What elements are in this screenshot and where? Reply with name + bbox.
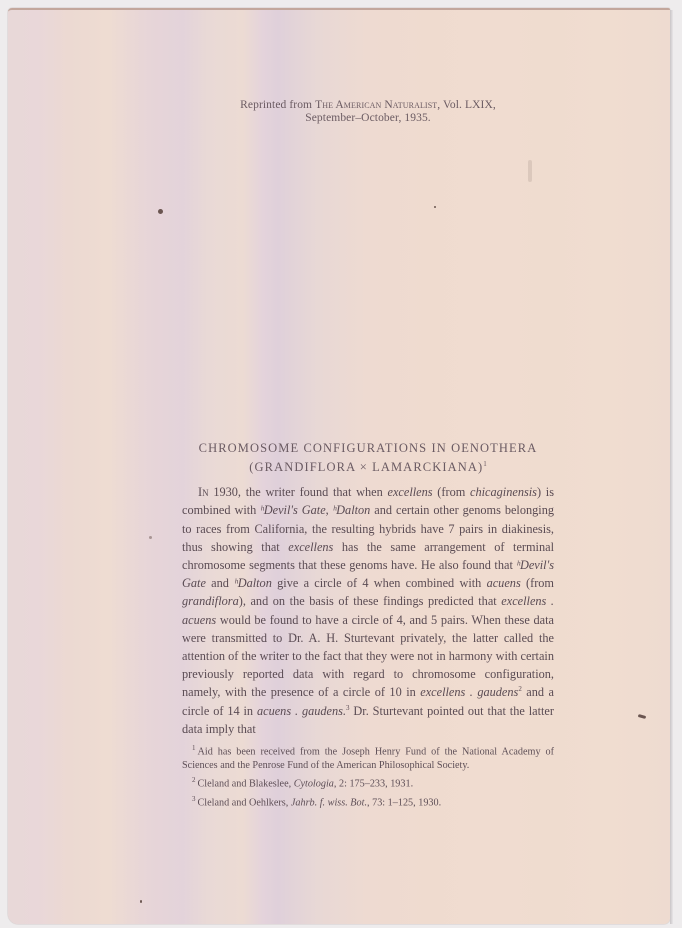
footnote-3: 3Cleland and Oehlkers, Jahrb. f. wiss. B… xyxy=(182,792,554,810)
footnote-1: 1Aid has been received from the Joseph H… xyxy=(182,741,554,773)
scanned-page-background: Reprinted from The American Naturalist, … xyxy=(0,0,682,928)
article: CHROMOSOME CONFIGURATIONS IN OENOTHERA (… xyxy=(182,440,554,810)
journal-name: The American Naturalist xyxy=(315,99,437,111)
paper-speck xyxy=(140,900,142,903)
paper-sheet: Reprinted from The American Naturalist, … xyxy=(8,8,670,924)
body-paragraph: In 1930, the writer found that when exce… xyxy=(182,483,554,738)
paper-speck xyxy=(149,536,152,539)
reprint-header: Reprinted from The American Naturalist, … xyxy=(158,99,578,125)
title-line-1: CHROMOSOME CONFIGURATIONS IN OENOTHERA xyxy=(182,440,554,456)
lead-word: In xyxy=(198,485,209,499)
title-footnote-mark: 1 xyxy=(483,460,487,468)
paper-speck xyxy=(528,160,532,182)
paper-speck xyxy=(434,206,436,208)
issue-date: September–October, 1935. xyxy=(158,112,578,125)
paper-speck xyxy=(158,209,163,214)
footnote-2: 2Cleland and Blakeslee, Cytologia, 2: 17… xyxy=(182,773,554,791)
reprint-line-1: Reprinted from The American Naturalist, … xyxy=(158,99,578,112)
paragraph-body: 1930, the writer found that when excelle… xyxy=(182,485,554,736)
paper-speck xyxy=(638,714,647,719)
title-line-2: (GRANDIFLORA × LAMARCKIANA)1 xyxy=(182,456,554,475)
journal-volume: , Vol. LXIX, xyxy=(437,99,496,111)
article-title: CHROMOSOME CONFIGURATIONS IN OENOTHERA (… xyxy=(182,440,554,475)
footnotes: 1Aid has been received from the Joseph H… xyxy=(182,741,554,810)
reprint-prefix: Reprinted from xyxy=(240,99,315,111)
